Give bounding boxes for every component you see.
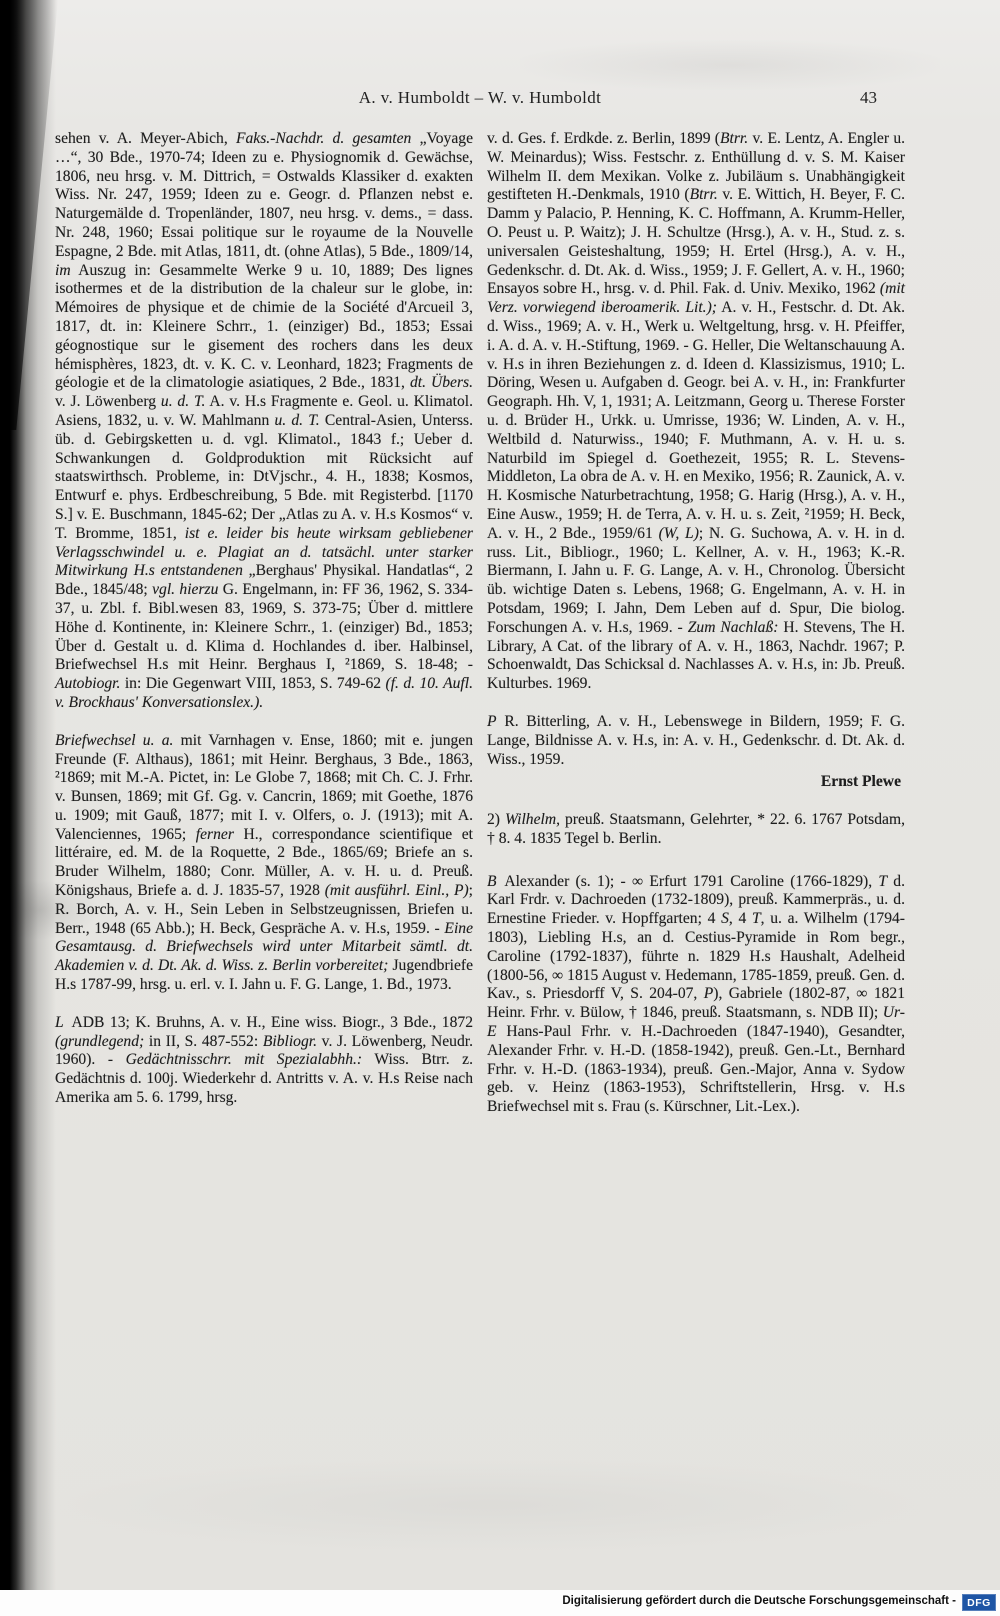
scan-stain xyxy=(60,1460,920,1550)
paragraph-literatur: L ADB 13; K. Bruhns, A. v. H., Eine wiss… xyxy=(55,1014,473,1108)
scan-stain xyxy=(520,40,940,90)
page-header: A. v. Humboldt – W. v. Humboldt 43 xyxy=(55,88,905,112)
paragraph-wilhelm-headword: 2) Wilhelm, preuß. Staatsmann, Gelehrter… xyxy=(487,811,905,849)
digitization-credit: Digitalisierung gefördert durch die Deut… xyxy=(562,1595,956,1607)
dfg-logo: DFG xyxy=(962,1594,996,1611)
paragraph-briefwechsel: Briefwechsel u. a. mit Varnhagen v. Ense… xyxy=(55,732,473,995)
signature-author: Ernst Plewe xyxy=(487,773,901,792)
scanned-page: A. v. Humboldt – W. v. Humboldt 43 sehen… xyxy=(0,0,1000,1590)
paragraph-portraits: P R. Bitterling, A. v. H., Lebenswege in… xyxy=(487,713,905,769)
right-column: v. d. Ges. f. Erdkde. z. Berlin, 1899 (B… xyxy=(487,130,905,1136)
paragraph-genealogy: B Alexander (s. 1); - ∞ Erfurt 1791 Caro… xyxy=(487,873,905,1117)
paragraph-works-continuation: sehen v. A. Meyer-Abich, Faks.-Nachdr. d… xyxy=(55,130,473,713)
text-block: sehen v. A. Meyer-Abich, Faks.-Nachdr. d… xyxy=(55,130,905,1136)
page-number: 43 xyxy=(860,88,877,108)
digitization-footer: Digitalisierung gefördert durch die Deut… xyxy=(0,1590,1000,1616)
running-title: A. v. Humboldt – W. v. Humboldt xyxy=(55,88,905,108)
left-column: sehen v. A. Meyer-Abich, Faks.-Nachdr. d… xyxy=(55,130,473,1136)
paragraph-literatur-continuation: v. d. Ges. f. Erdkde. z. Berlin, 1899 (B… xyxy=(487,130,905,694)
